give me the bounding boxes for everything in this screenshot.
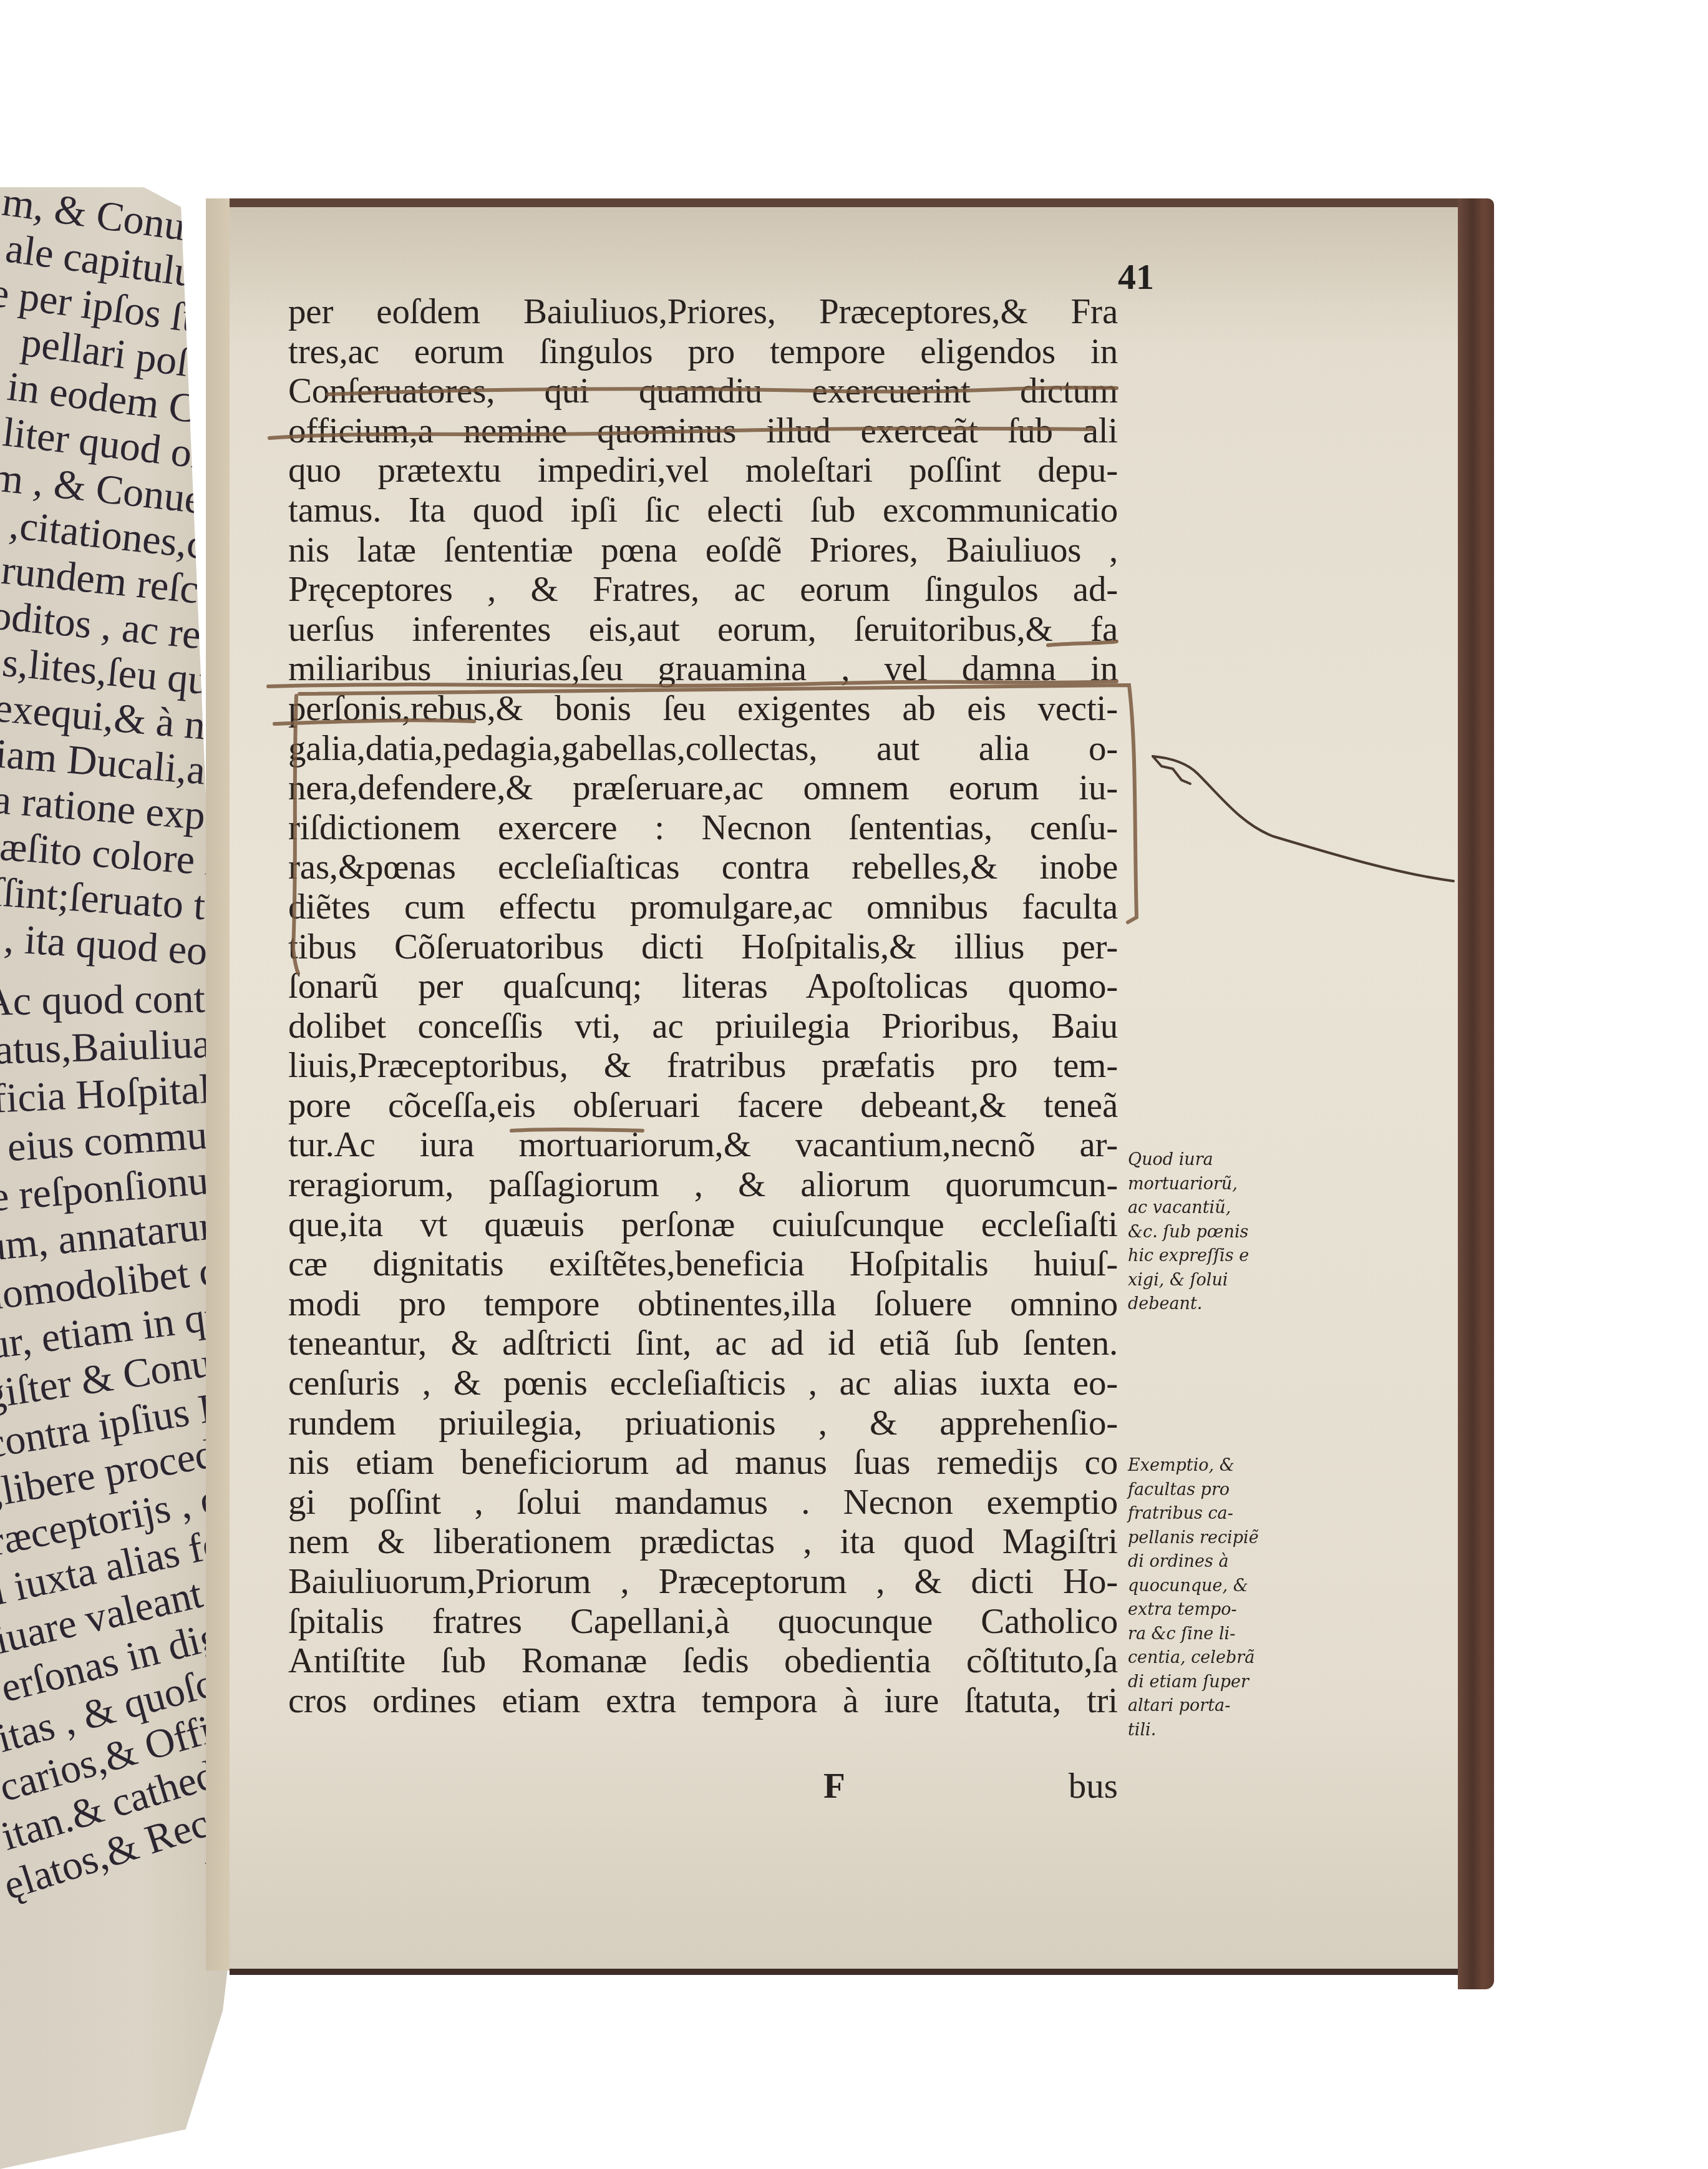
margin-note-mortuaria: Quod iuramortuariorũ,ac vacantiũ,&c. ſub…: [1128, 1148, 1259, 1317]
text-line: diẽtes cum effectu promulgare,ac omnibus…: [288, 887, 1118, 927]
margin-note-line: mortuariorũ,: [1128, 1172, 1259, 1197]
text-line: tibus Cõſeruatoribus dicti Hoſpitalis,& …: [288, 927, 1118, 967]
text-line: per eoſdem Baiuliuos,Priores, Præceptore…: [288, 292, 1118, 332]
margin-note-line: di ordines à: [1128, 1550, 1259, 1574]
left-page-text: m, & Conuen-ale capitulum,e per ipſos ſu…: [0, 212, 232, 1874]
text-line: rundem priuilegia, priuationis , & appre…: [288, 1403, 1118, 1443]
margin-note-line: facultas pro: [1128, 1478, 1259, 1503]
text-line: Antiſtite ſub Romanæ ſedis obedientia cõ…: [288, 1641, 1118, 1681]
margin-note-line: pellanis recipiẽ: [1128, 1526, 1259, 1551]
page-footer: F bus: [288, 1766, 1118, 1806]
book-binding-edge: [1458, 198, 1494, 1989]
text-line: gi poſſint , ſolui mandamus . Necnon exe…: [288, 1483, 1118, 1523]
margin-note-line: altari porta-: [1128, 1694, 1259, 1718]
margin-note-line: ra &c ſine li-: [1128, 1622, 1259, 1647]
text-line: ſpitalis fratres Capellani,à quocunque C…: [288, 1602, 1118, 1642]
margin-note-line: di etiam ſuper: [1128, 1670, 1259, 1695]
text-line: Conſeruatores, qui quamdiu exercuerint d…: [288, 371, 1118, 411]
margin-note-line: &c. ſub pœnis: [1128, 1221, 1259, 1245]
margin-note-line: centia, celebrã: [1128, 1646, 1259, 1670]
text-line: pore cõceſſa,eis obſeruari facere debean…: [288, 1086, 1118, 1126]
catchword: bus: [1069, 1766, 1118, 1806]
margin-note-line: Exemptio, &: [1128, 1454, 1259, 1478]
margin-note-exemptio: Exemptio, &facultas profratribus ca-pell…: [1128, 1454, 1259, 1742]
text-line: perſonis,rebus,& bonis ſeu exigentes ab …: [288, 689, 1118, 729]
text-line: ras,&pœnas eccleſiaſticas contra rebelle…: [288, 847, 1118, 887]
text-line: que,ita vt quæuis perſonæ cuiuſcunque ec…: [288, 1205, 1118, 1245]
text-line: nera,defendere,& præſeruare,ac omnem eor…: [288, 768, 1118, 808]
margin-note-line: tili.: [1128, 1718, 1259, 1743]
text-line: dolibet conceſſis vti, ac priuilegia Pri…: [288, 1007, 1118, 1046]
left-page-line: atus,Baiuliuas,: [0, 1021, 232, 1073]
margin-note-line: fratribus ca-: [1128, 1502, 1259, 1526]
margin-note-line: hic expreſſis e: [1128, 1244, 1259, 1269]
main-text-block: per eoſdem Baiuliuos,Priores, Præceptore…: [288, 292, 1118, 1720]
text-line: nem & liberationem prædictas , ita quod …: [288, 1522, 1118, 1562]
text-line: tres,ac eorum ſingulos pro tempore elige…: [288, 332, 1118, 372]
page-number: 41: [1118, 256, 1154, 298]
margin-note-line: extra tempo-: [1128, 1598, 1259, 1622]
text-line: uerſus inferentes eis,aut eorum, ſeruito…: [288, 610, 1118, 650]
margin-note-line: debeant.: [1128, 1292, 1259, 1317]
text-line: quo prætextu impediri,vel moleſtari poſſ…: [288, 451, 1118, 490]
text-line: cros ordines etiam extra tempora à iure …: [288, 1681, 1118, 1721]
text-line: teneantur, & adſtricti ſint, ac ad id et…: [288, 1323, 1118, 1363]
text-line: tur.Ac iura mortuariorum,& vacantium,nec…: [288, 1125, 1118, 1165]
text-line: Baiuliuorum,Priorum , Præceptorum , & di…: [288, 1562, 1118, 1602]
text-line: cæ dignitatis exiſtẽtes,beneficia Hoſpit…: [288, 1244, 1118, 1284]
signature-mark: F: [823, 1766, 845, 1806]
text-line: ſonarũ per quaſcunq; literas Apoſtolicas…: [288, 967, 1118, 1007]
text-line: cenſuris , & pœnis eccleſiaſticis , ac a…: [288, 1363, 1118, 1403]
margin-note-line: ac vacantiũ,: [1128, 1196, 1259, 1221]
text-line: tamus. Ita quod ipſi ſic electi ſub exco…: [288, 490, 1118, 530]
text-line: officium,a nemine quominus illud exerceã…: [288, 411, 1118, 451]
margin-note-line: Quod iura: [1128, 1148, 1259, 1172]
text-line: miliaribus iniurias,ſeu grauamina , vel …: [288, 649, 1118, 689]
text-line: nis latæ ſententiæ pœna eoſdẽ Priores, B…: [288, 530, 1118, 570]
text-line: galia,datia,pedagia,gabellas,collectas, …: [288, 729, 1118, 769]
text-line: modi pro tempore obtinentes,illa ſoluere…: [288, 1284, 1118, 1324]
text-line: liuis,Præceptoribus, & fratribus præfati…: [288, 1046, 1118, 1086]
left-facing-page: m, & Conuen-ale capitulum,e per ipſos ſu…: [0, 187, 232, 2169]
text-line: Pręceptores , & Fratres, ac eorum ſingul…: [288, 570, 1118, 610]
margin-note-line: xigi, & ſolui: [1128, 1269, 1259, 1293]
text-line: riſdictionem exercere : Necnon ſententia…: [288, 808, 1118, 848]
left-page-line: Ac quod contra: [0, 976, 232, 1025]
margin-note-line: quocunque, &: [1128, 1574, 1259, 1599]
text-line: nis etiam beneficiorum ad manus ſuas rem…: [288, 1443, 1118, 1483]
text-line: reragiorum, paſſagiorum , & aliorum quor…: [288, 1165, 1118, 1205]
